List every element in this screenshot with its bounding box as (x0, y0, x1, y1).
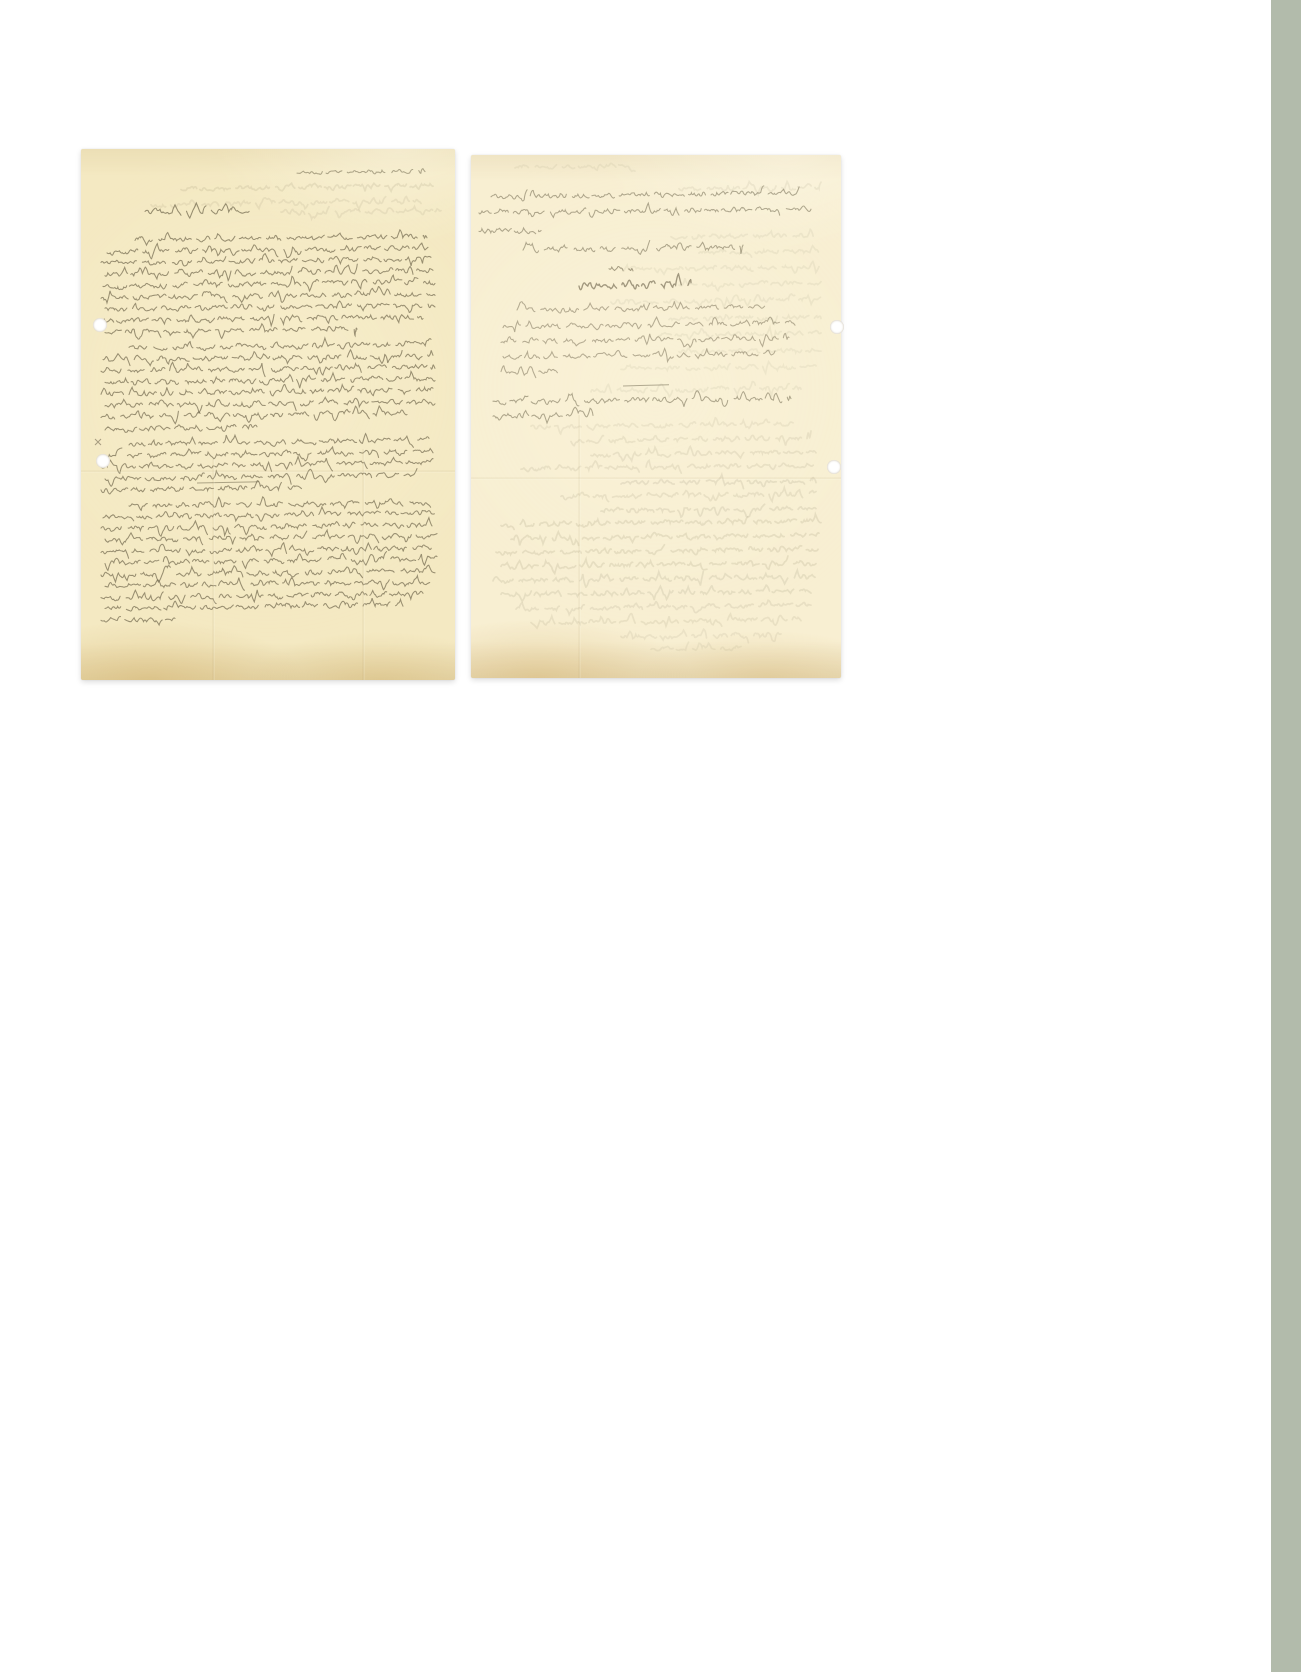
bleedthrough-handwriting-row (501, 585, 811, 601)
handwriting-row (501, 366, 557, 378)
bleedthrough-handwriting-row (531, 614, 801, 628)
handwriting-row (101, 384, 433, 395)
bleedthrough-handwriting-row (621, 262, 819, 275)
scan-canvas (0, 0, 1301, 1672)
handwriting-row (105, 324, 357, 339)
handwriting-row (105, 598, 403, 611)
handwriting-row (129, 338, 431, 351)
handwriting-row (491, 186, 799, 201)
bleedthrough-handwriting-row (515, 163, 635, 171)
handwriting-row (101, 406, 407, 424)
handwriting-row (105, 530, 437, 545)
bleedthrough-handwriting-row (521, 460, 813, 473)
handwriting-row (101, 616, 175, 625)
handwriting-row (103, 350, 433, 366)
bleedthrough-handwriting-row (621, 362, 816, 374)
bleedthrough-handwriting-row (516, 600, 811, 614)
bleedthrough-handwriting-row (501, 514, 821, 529)
handwriting-row (579, 274, 691, 290)
bleedthrough-handwriting-row (561, 488, 816, 502)
bleedthrough-handwriting-row (531, 418, 793, 434)
punch-hole (830, 320, 844, 334)
handwriting-row (493, 407, 593, 423)
handwriting-row (103, 447, 433, 461)
handwriting-row (105, 301, 435, 313)
handwriting-row (101, 457, 433, 474)
pencil-mark (95, 439, 101, 445)
handwriting-row (103, 507, 434, 521)
handwriting-row (103, 275, 435, 291)
handwriting-row (135, 230, 427, 245)
punch-hole (93, 318, 107, 332)
bleedthrough-handwriting-row (671, 229, 813, 239)
handwriting-row (145, 203, 249, 218)
letter-page-1 (81, 149, 455, 680)
punch-hole (827, 460, 841, 474)
bleedthrough-handwriting-row (571, 431, 811, 446)
handwriting-row (105, 371, 435, 388)
handwriting-row (501, 333, 789, 347)
handwriting-row (101, 287, 435, 303)
underline-stroke (197, 482, 259, 483)
handwriting-row (105, 469, 417, 487)
handwriting-row (105, 425, 257, 433)
bleedthrough-handwriting-row (151, 197, 421, 209)
bleedthrough-handwriting-row (651, 642, 741, 650)
handwriting-row (479, 203, 811, 217)
handwriting-row (517, 301, 765, 313)
handwriting-row (105, 576, 430, 591)
handwriting-row (101, 590, 423, 604)
handwriting-row (297, 169, 425, 175)
handwriting-row (101, 254, 431, 266)
handwriting-row (479, 228, 541, 234)
bleedthrough-handwriting-row (511, 532, 819, 546)
bleedthrough-handwriting-row (591, 447, 816, 461)
bleedthrough-handwriting-row (621, 475, 816, 489)
bleedthrough-handwriting-row (621, 629, 781, 643)
handwriting-row (129, 497, 431, 511)
bleedthrough-handwriting-row (601, 504, 816, 517)
handwriting-row (101, 518, 432, 537)
handwriting-row (107, 243, 428, 259)
handwriting-row (129, 434, 429, 448)
handwriting-row (101, 565, 435, 582)
handwriting-layer (81, 149, 455, 680)
punch-hole (96, 454, 110, 468)
bleedthrough-handwriting-row (679, 278, 821, 291)
handwriting-row (101, 543, 431, 559)
handwriting-row (105, 397, 435, 412)
handwriting-row (105, 264, 433, 281)
bleedthrough-handwriting-row (679, 348, 821, 355)
bleedthrough-handwriting-row (496, 545, 818, 555)
handwriting-row (503, 317, 795, 332)
bleedthrough-handwriting-row (181, 183, 433, 191)
right-accent-bar (1271, 0, 1301, 1672)
bleedthrough-handwriting-row (659, 327, 821, 339)
handwriting-layer (471, 155, 841, 678)
letter-page-2 (471, 155, 841, 678)
